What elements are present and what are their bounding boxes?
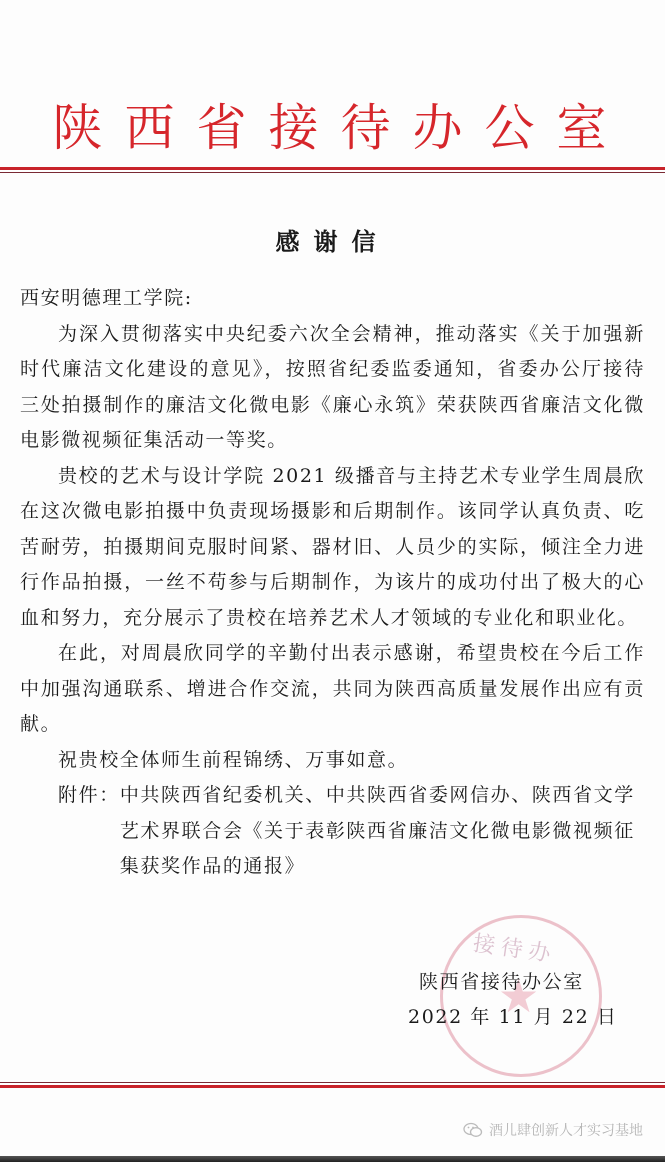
letter-title: 感谢信 [0,222,665,257]
seal-text: 接待办 [471,926,559,968]
attachment: 附件： 中共陕西省纪委机关、中共陕西省委网信办、陕西省文学艺术界联合会《关于表彰… [20,778,645,885]
attachment-content: 中共陕西省纪委机关、中共陕西省委网信办、陕西省文学艺术界联合会《关于表彰陕西省廉… [120,778,645,885]
letter-body: 西安明德理工学院: 为深入贯彻落实中央纪委六次全会精神，推动落实《关于加强新时代… [20,281,645,885]
letterhead-organization: 陕西省接待办公室 [0,98,665,158]
signature-date: 2022 年 11 月 22 日 [408,1000,618,1035]
salutation: 西安明德理工学院: [20,281,645,317]
paragraph-2: 贵校的艺术与设计学院 2021 级播音与主持艺术专业学生周晨欣在这次微电影拍摄中… [20,459,645,637]
signature-organization: 陕西省接待办公室 [419,965,618,1000]
paragraph-1: 为深入贯彻落实中央纪委六次全会精神，推动落实《关于加强新时代廉洁文化建设的意见》… [20,317,645,459]
signature-block: 陕西省接待办公室 2022 年 11 月 22 日 [419,965,618,1035]
watermark-text: 酒儿肆创新人才实习基地 [489,1120,643,1140]
paragraph-4: 祝贵校全体师生前程锦绣、万事如意。 [20,743,645,779]
attachment-label: 附件： [58,778,120,885]
paragraph-3: 在此，对周晨欣同学的辛勤付出表示感谢，希望贵校在今后工作中加强沟通联系、增进合作… [20,636,645,743]
letterhead-divider [0,167,665,173]
watermark: 酒儿肆创新人才实习基地 [463,1120,643,1140]
wechat-icon [463,1122,483,1138]
footer-divider [0,1082,665,1088]
page-edge-shadow [0,1156,665,1162]
